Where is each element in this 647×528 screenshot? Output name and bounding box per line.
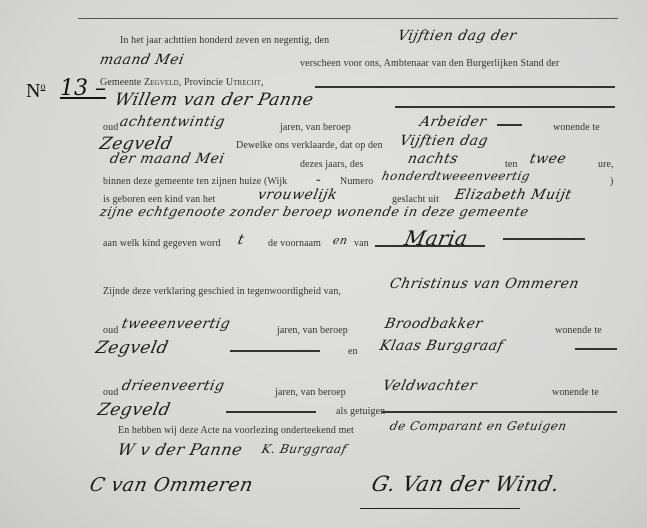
record-number-label: No: [26, 80, 45, 103]
line1-print: In het jaar achttien honderd zeven en ne…: [120, 35, 329, 46]
line1-hand: Vijftien dag der: [396, 28, 518, 44]
line13-oud: oud: [103, 325, 118, 336]
line5-beroep: jaren, van beroep: [280, 122, 351, 133]
line13-beroep: jaren, van beroep: [277, 325, 348, 336]
house-number: honderdtweeenveertig: [381, 169, 532, 183]
birth-hour: twee: [528, 151, 568, 167]
line5-oud: oud: [103, 122, 118, 133]
line2-hand: maand Mei: [98, 52, 185, 68]
witness1-residence: Zegveld: [94, 338, 171, 358]
declarant-occupation: Arbeider: [418, 114, 488, 130]
line13-wonende: wonende te: [555, 325, 602, 336]
line15-oud: oud: [103, 387, 118, 398]
line2-print: verscheen voor ons, Ambtenaar van den Bu…: [300, 58, 559, 69]
line11-print-b: de voornaam: [268, 238, 321, 249]
child-sex: vrouwelijk: [256, 187, 339, 203]
line8-print-a: binnen deze gemeente ten zijnen huize (W…: [103, 176, 287, 187]
line16-rule-b: [382, 411, 617, 413]
certificate-page: No 13 – In het jaar achttien honderd zev…: [0, 0, 647, 528]
child-name-underline: [375, 245, 485, 247]
line4-rule: [395, 106, 615, 108]
line8-print-c: ): [610, 176, 613, 187]
signature-declarant: W v der Panne: [116, 440, 244, 459]
line16-rule-a: [226, 411, 316, 413]
line14-rule-a: [230, 350, 320, 352]
line7-print-c: ure,: [598, 159, 614, 170]
line16-print: als getuigen: [336, 406, 385, 417]
line15-wonende: wonende te: [552, 387, 599, 398]
witness1-age: tweeenveertig: [120, 316, 232, 332]
mother-name: Elizabeth Muijt: [453, 187, 573, 203]
witness2-occupation: Veldwachter: [381, 378, 478, 394]
line17-hand: de Comparant en Getuigen: [389, 419, 569, 433]
witness2-residence: Zegveld: [96, 400, 173, 420]
line15-beroep: jaren, van beroep: [275, 387, 346, 398]
line11-rule: [503, 238, 585, 240]
declarant-age: achtentwintig: [118, 114, 226, 130]
witness1-name: Christinus van Ommeren: [388, 276, 580, 292]
line17-print: En hebben wij deze Acte na voorlezing on…: [118, 425, 354, 436]
registrar-flourish: [360, 508, 520, 509]
line3-rule: [315, 86, 615, 88]
line14-rule-b: [575, 348, 617, 350]
line7-print-a: dezes jaars, des: [300, 159, 364, 170]
top-rule: [78, 18, 618, 19]
line11-hand-a: t: [236, 232, 246, 248]
line8-print-b: Numero: [340, 176, 373, 187]
line14-print: en: [348, 346, 358, 357]
wijk: -: [314, 172, 323, 188]
declarant-name: Willem van der Panne: [113, 90, 316, 110]
mother-details: zijne echtgenoote zonder beroep wonende …: [98, 205, 530, 220]
line9-print-a: is geboren een kind van het: [103, 194, 215, 205]
line6-print: Dewelke ons verklaarde, dat op den: [236, 140, 383, 151]
signature-registrar: G. Van der Wind.: [369, 472, 562, 496]
line3-print: Gemeente Zegveld, Provincie Utrecht,: [100, 77, 264, 88]
birth-daypart: nachts: [406, 151, 459, 167]
line9-print-b: geslacht uit: [392, 194, 439, 205]
line5-rule: [497, 124, 522, 126]
line11-hand-b: en: [332, 234, 349, 247]
line11-print-c: van: [354, 238, 369, 249]
birth-day: Vijftien dag: [398, 133, 489, 149]
line5-wonende: wonende te: [553, 122, 600, 133]
birth-month: der maand Mei: [108, 151, 226, 167]
witness2-age: drieenveertig: [120, 378, 226, 394]
line12-print: Zijnde deze verklaring geschied in tegen…: [103, 286, 341, 297]
witness1-occupation: Broodbakker: [383, 316, 484, 332]
witness2-name: Klaas Burggraaf: [378, 338, 505, 354]
line11-print-a: aan welk kind gegeven word: [103, 238, 221, 249]
signature-witness2: K. Burggraaf: [261, 442, 349, 456]
signature-witness1: C van Ommeren: [88, 474, 256, 496]
